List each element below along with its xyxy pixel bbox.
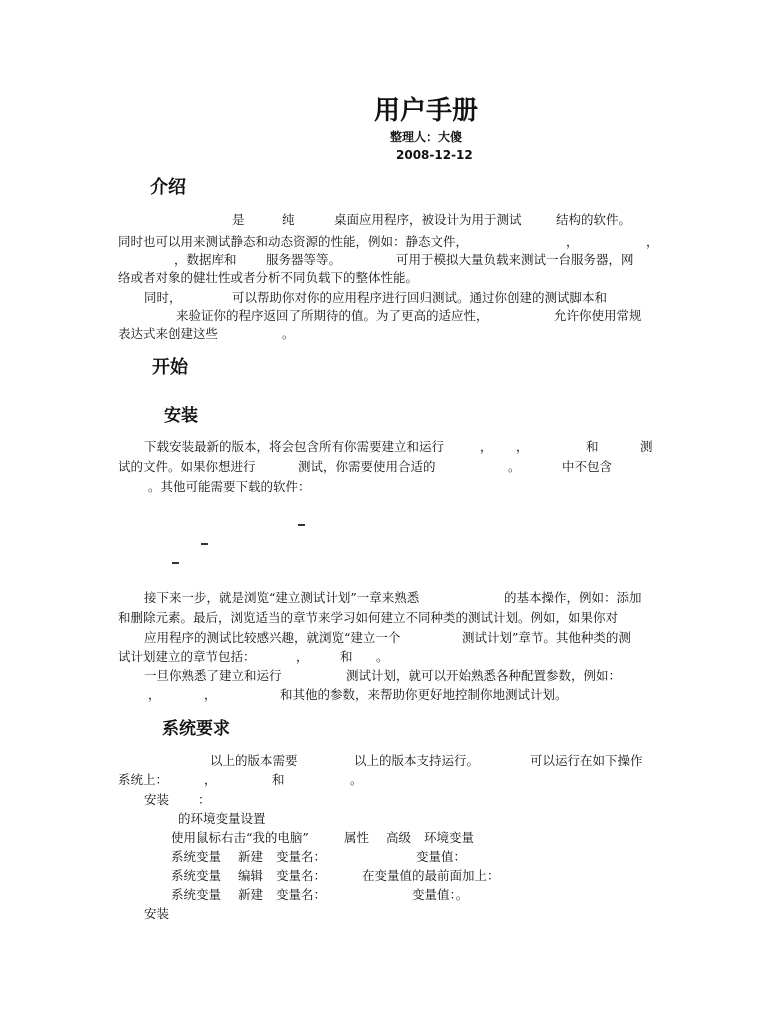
list-dash (298, 524, 305, 526)
paragraph-text: 系统上： (118, 773, 168, 787)
paragraph-text: 试计划建立的章节包括： (118, 650, 256, 664)
paragraph-text: 的环境变量设置 (178, 812, 266, 826)
paragraph-text: 纯 (282, 213, 295, 227)
paragraph-text: 高级 (386, 831, 411, 845)
paragraph-text: 新建 (238, 850, 263, 864)
paragraph-text: 同时， (144, 291, 182, 305)
paragraph-text: 的基本操作，例如：添加 (504, 591, 642, 605)
paragraph-text: 络或者对象的健壮性或者分析不同负载下的整体性能。 (118, 271, 418, 285)
paragraph-text: 和 (586, 440, 599, 454)
paragraph-text: 和其他的参数，来帮助你更好地控制你地测试计划。 (280, 688, 568, 702)
paragraph-text: 编辑 (238, 869, 263, 883)
paragraph-text: 服务器等等。 (266, 253, 341, 267)
paragraph-text: 下载安装最新的版本，将会包含所有你需要建立和运行 (144, 440, 444, 454)
paragraph-text: 变量值：。 (412, 888, 468, 902)
paragraph-text: 同时也可以用来测试静态和动态资源的性能，例如：静态文件， (118, 235, 468, 249)
paragraph-text: 。 (508, 460, 521, 474)
list-dash (201, 543, 208, 545)
paragraph-text: 属性 (344, 831, 369, 845)
paragraph-text: 系统变量 (171, 850, 221, 864)
paragraph-text: 环境变量 (424, 831, 474, 845)
heading-intro: 介绍 (150, 173, 186, 199)
paragraph-text: 中不包含 (562, 460, 612, 474)
paragraph-text: 。其他可能需要下载的软件： (148, 480, 311, 494)
paragraph-text: 测试计划，就可以开始熟悉各种配置参数，例如： (346, 669, 621, 683)
paragraph-text: 接下来一步，就是浏览“建立测试计划”一章来熟悉 (144, 591, 419, 605)
paragraph-text: ， (566, 235, 579, 249)
paragraph-text: 可以运行在如下操作 (530, 754, 643, 768)
heading-requirements: 系统要求 (162, 714, 230, 739)
paragraph-text: 允许你使用常规 (554, 309, 642, 323)
paragraph-text: 变量名： (276, 869, 326, 883)
paragraph-text: 一旦你熟悉了建立和运行 (144, 669, 282, 683)
paragraph-text: ， (646, 235, 659, 249)
paragraph-text: ， (148, 688, 161, 702)
paragraph-text: 变量值： (416, 850, 466, 864)
paragraph-text: 测 (640, 440, 653, 454)
paragraph-text: 系统变量 (171, 888, 221, 902)
paragraph-text: ， (480, 440, 493, 454)
document-date: 2008-12-12 (396, 148, 473, 162)
paragraph-text: 。 (282, 327, 295, 341)
author-line: 整理人：大傻 (390, 128, 462, 145)
paragraph-text: 桌面应用程序，被设计为用于测试 (334, 213, 522, 227)
heading-start: 开始 (152, 353, 188, 379)
paragraph-text: 新建 (238, 888, 263, 902)
paragraph-text: 和 (340, 650, 353, 664)
paragraph-text: ，数据库和 (174, 253, 237, 267)
paragraph-text: ： (198, 793, 211, 807)
paragraph-text: ， (204, 688, 217, 702)
paragraph-text: 测试，你需要使用合适的 (298, 460, 436, 474)
paragraph-text: 。 (376, 650, 389, 664)
paragraph-text: 安装 (144, 793, 169, 807)
paragraph-text: 应用程序的测试比较感兴趣，就浏览“建立一个 (144, 631, 400, 645)
paragraph-text: 来验证你的程序返回了所期待的值。为了更高的适应性， (176, 309, 489, 323)
paragraph-text: ， (516, 440, 529, 454)
paragraph-text: 可用于模拟大量负载来测试一台服务器，网 (396, 253, 634, 267)
document-title: 用户手册 (374, 90, 478, 127)
paragraph-text: 和 (272, 773, 285, 787)
paragraph-text: 变量名： (276, 850, 326, 864)
paragraph-text: 以上的版本支持运行。 (354, 754, 479, 768)
paragraph-text: 是 (232, 213, 245, 227)
paragraph-text: 以上的版本需要 (210, 754, 298, 768)
paragraph-text: 表达式来创建这些 (118, 327, 218, 341)
paragraph-text: 使用鼠标右击“我的电脑” (171, 831, 309, 845)
list-dash (172, 562, 179, 564)
paragraph-text: 系统变量 (171, 869, 221, 883)
paragraph-text: 变量名： (276, 888, 326, 902)
paragraph-text: ， (296, 650, 309, 664)
paragraph-text: 安装 (144, 907, 169, 921)
paragraph-text: 试的文件。如果你想进行 (118, 460, 256, 474)
paragraph-text: 。 (350, 773, 363, 787)
paragraph-text: 和删除元素。最后，浏览适当的章节来学习如何建立不同种类的测试计划。例如，如果你对 (118, 611, 618, 625)
paragraph-text: 结构的软件。 (556, 213, 631, 227)
paragraph-text: 测试计划”章节。其他种类的测 (462, 631, 631, 645)
paragraph-text: 在变量值的最前面加上： (362, 869, 500, 883)
paragraph-text: 可以帮助你对你的应用程序进行回归测试。通过你创建的测试脚本和 (232, 291, 607, 305)
heading-install: 安装 (164, 401, 198, 426)
paragraph-text: ， (204, 773, 217, 787)
